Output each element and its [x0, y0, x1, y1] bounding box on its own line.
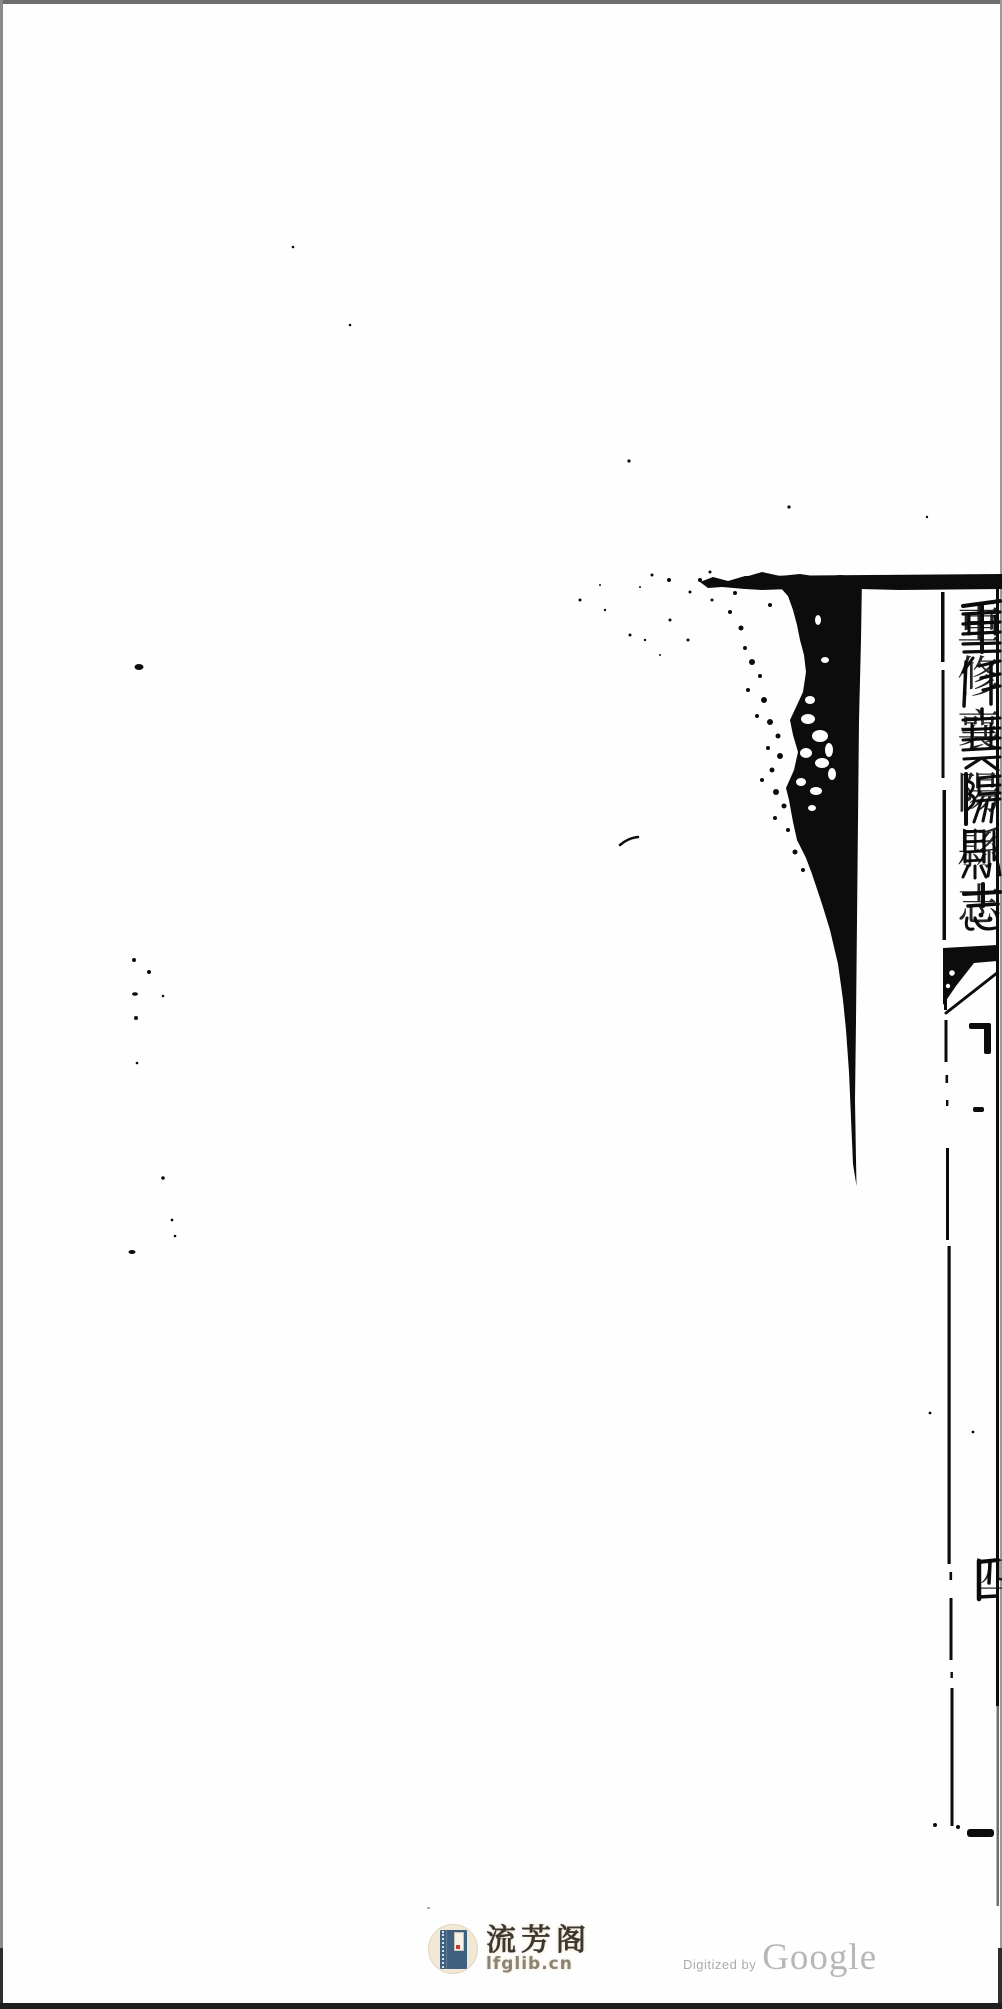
spine-title-char: 縣: [957, 825, 1002, 879]
fishtail-mark: [943, 945, 997, 1013]
spine-title-char: 陽: [957, 769, 1002, 823]
book-icon: [440, 1930, 467, 1969]
scanned-page: 重 修 襄 陽 縣 志 四 流芳阁 lfglib.cn Digitized by…: [0, 0, 1002, 2009]
gutter-ink-blotch: [745, 572, 862, 1186]
book-title-label: [454, 1932, 464, 1951]
spine-title-char: 修: [957, 653, 1002, 707]
google-logo: Google: [762, 1938, 877, 1978]
lfglib-watermark: 流芳阁 lfglib.cn: [428, 1924, 591, 1974]
spine-title-char: 志: [957, 881, 1002, 935]
partial-volume-strokes: [969, 1023, 991, 1112]
watermark-site-url: lfglib.cn: [486, 1956, 591, 1973]
google-credit: Digitized by Google: [683, 1938, 877, 1978]
lfglib-badge-circle: [428, 1924, 478, 1974]
page-number: 四: [973, 1554, 1002, 1600]
book-stitching: [442, 1931, 444, 1968]
speck: [427, 1907, 430, 1909]
digitized-by-label: Digitized by: [683, 1957, 756, 1972]
watermark-site-name: 流芳阁: [486, 1925, 591, 1957]
ink-speckles: [579, 571, 806, 873]
ink-artwork: [0, 0, 1002, 2009]
spine-title-char: 重: [957, 599, 1002, 653]
spine-title-char: 襄: [957, 707, 1002, 761]
red-seal-icon: [456, 1945, 460, 1949]
